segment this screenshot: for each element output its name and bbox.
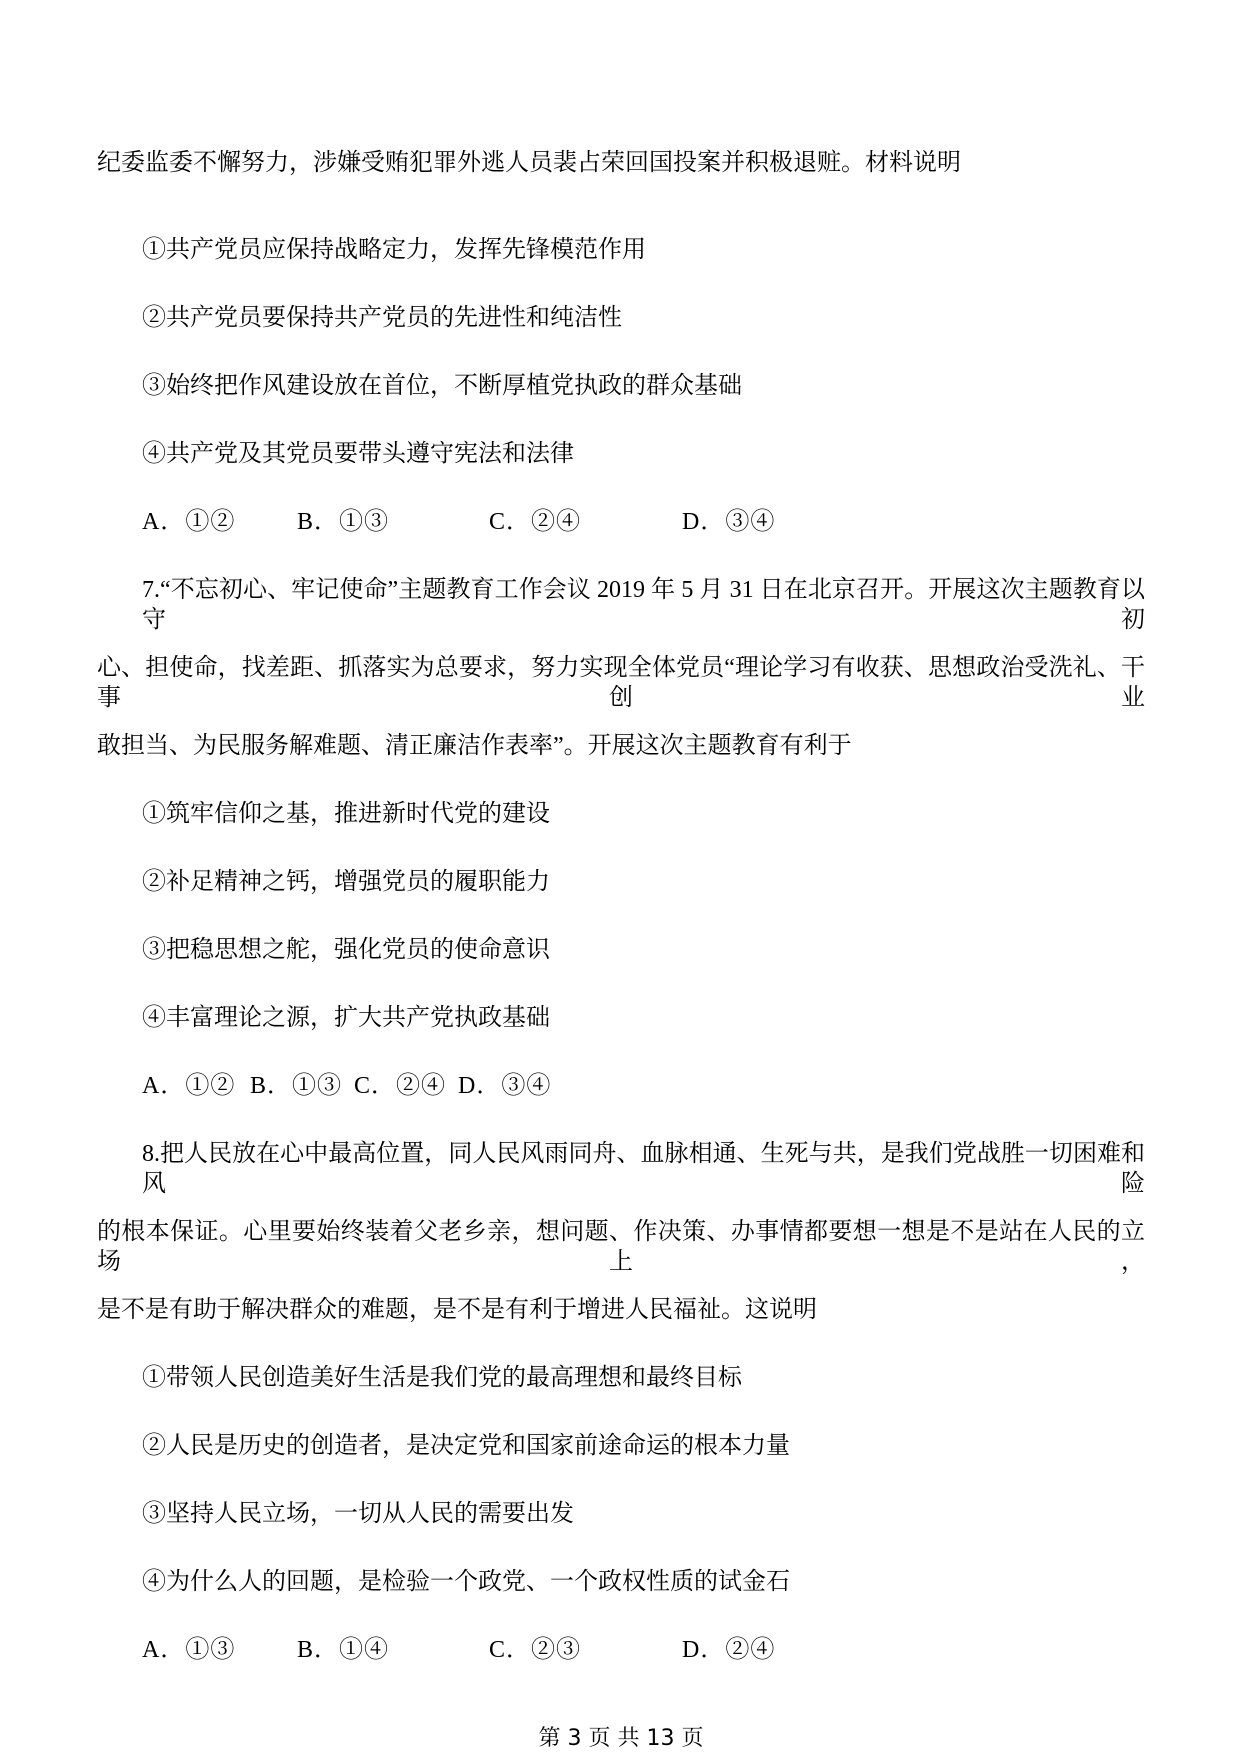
q8-paragraph-line-1: 8.把人民放在心中最高位置，同人民风雨同舟、血脉相通、生死与共，是我们党战胜一切… — [97, 1139, 1145, 1199]
q6-item-1: ①共产党员应保持战略定力，发挥先锋模范作用 — [97, 235, 1145, 265]
q7-paragraph-line-2: 心、担使命，找差距、抓落实为总要求，努力实现全体党员“理论学习有收获、思想政治受… — [97, 653, 1145, 713]
q8-option-c: C．②③ — [489, 1635, 682, 1665]
q8-option-a: A．①③ — [142, 1635, 297, 1665]
q8-item-3: ③坚持人民立场，一切从人民的需要出发 — [97, 1499, 1145, 1529]
q7-option-d: D．③④ — [458, 1071, 551, 1101]
q7-option-b: B．①③ — [250, 1071, 354, 1101]
document-page: 纪委监委不懈努力，涉嫌受贿犯罪外逃人员裴占荣回国投案并积极退赃。材料说明 ①共产… — [0, 0, 1240, 1754]
q6-option-a: A．①② — [142, 507, 297, 537]
q8-paragraph-line-2: 的根本保证。心里要始终装着父老乡亲，想问题、作决策、办事情都要想一想是不是站在人… — [97, 1217, 1145, 1277]
q6-item-3: ③始终把作风建设放在首位，不断厚植党执政的群众基础 — [97, 371, 1145, 401]
q8-item-1: ①带领人民创造美好生活是我们党的最高理想和最终目标 — [97, 1363, 1145, 1393]
q7-option-a: A．①② — [142, 1071, 250, 1101]
q7-paragraph-line-1: 7.“不忘初心、牢记使命”主题教育工作会议 2019 年 5 月 31 日在北京… — [97, 575, 1145, 635]
q6-option-c: C．②④ — [489, 507, 682, 537]
q8-item-2: ②人民是历史的创造者，是决定党和国家前途命运的根本力量 — [97, 1431, 1145, 1461]
q8-paragraph-line-3: 是不是有助于解决群众的难题，是不是有利于增进人民福祉。这说明 — [97, 1295, 1145, 1325]
q7-paragraph-line-3: 敢担当、为民服务解难题、清正廉洁作表率”。开展这次主题教育有利于 — [97, 731, 1145, 761]
page-content: 纪委监委不懈努力，涉嫌受贿犯罪外逃人员裴占荣回国投案并积极退赃。材料说明 ①共产… — [0, 0, 1240, 1752]
page-number-footer: 第 3 页 共 13 页 — [97, 1721, 1145, 1752]
q7-option-c: C．②④ — [354, 1071, 458, 1101]
q7-options-row: A．①② B．①③ C．②④ D．③④ — [97, 1071, 1145, 1101]
q7-item-4: ④丰富理论之源，扩大共产党执政基础 — [97, 1003, 1145, 1033]
q8-option-d: D．②④ — [682, 1635, 775, 1665]
q8-item-4: ④为什么人的回题，是检验一个政党、一个政权性质的试金石 — [97, 1567, 1145, 1597]
q8-options-row: A．①③ B．①④ C．②③ D．②④ — [97, 1635, 1145, 1665]
q6-option-b: B．①③ — [297, 507, 489, 537]
q7-item-3: ③把稳思想之舵，强化党员的使命意识 — [97, 935, 1145, 965]
q6-options-row: A．①② B．①③ C．②④ D．③④ — [97, 507, 1145, 537]
q6-option-d: D．③④ — [682, 507, 775, 537]
q6-intro-line: 纪委监委不懈努力，涉嫌受贿犯罪外逃人员裴占荣回国投案并积极退赃。材料说明 — [97, 148, 1145, 178]
q8-option-b: B．①④ — [297, 1635, 489, 1665]
q7-item-2: ②补足精神之钙，增强党员的履职能力 — [97, 867, 1145, 897]
q6-item-2: ②共产党员要保持共产党员的先进性和纯洁性 — [97, 303, 1145, 333]
q6-item-4: ④共产党及其党员要带头遵守宪法和法律 — [97, 439, 1145, 469]
q7-item-1: ①筑牢信仰之基，推进新时代党的建设 — [97, 799, 1145, 829]
